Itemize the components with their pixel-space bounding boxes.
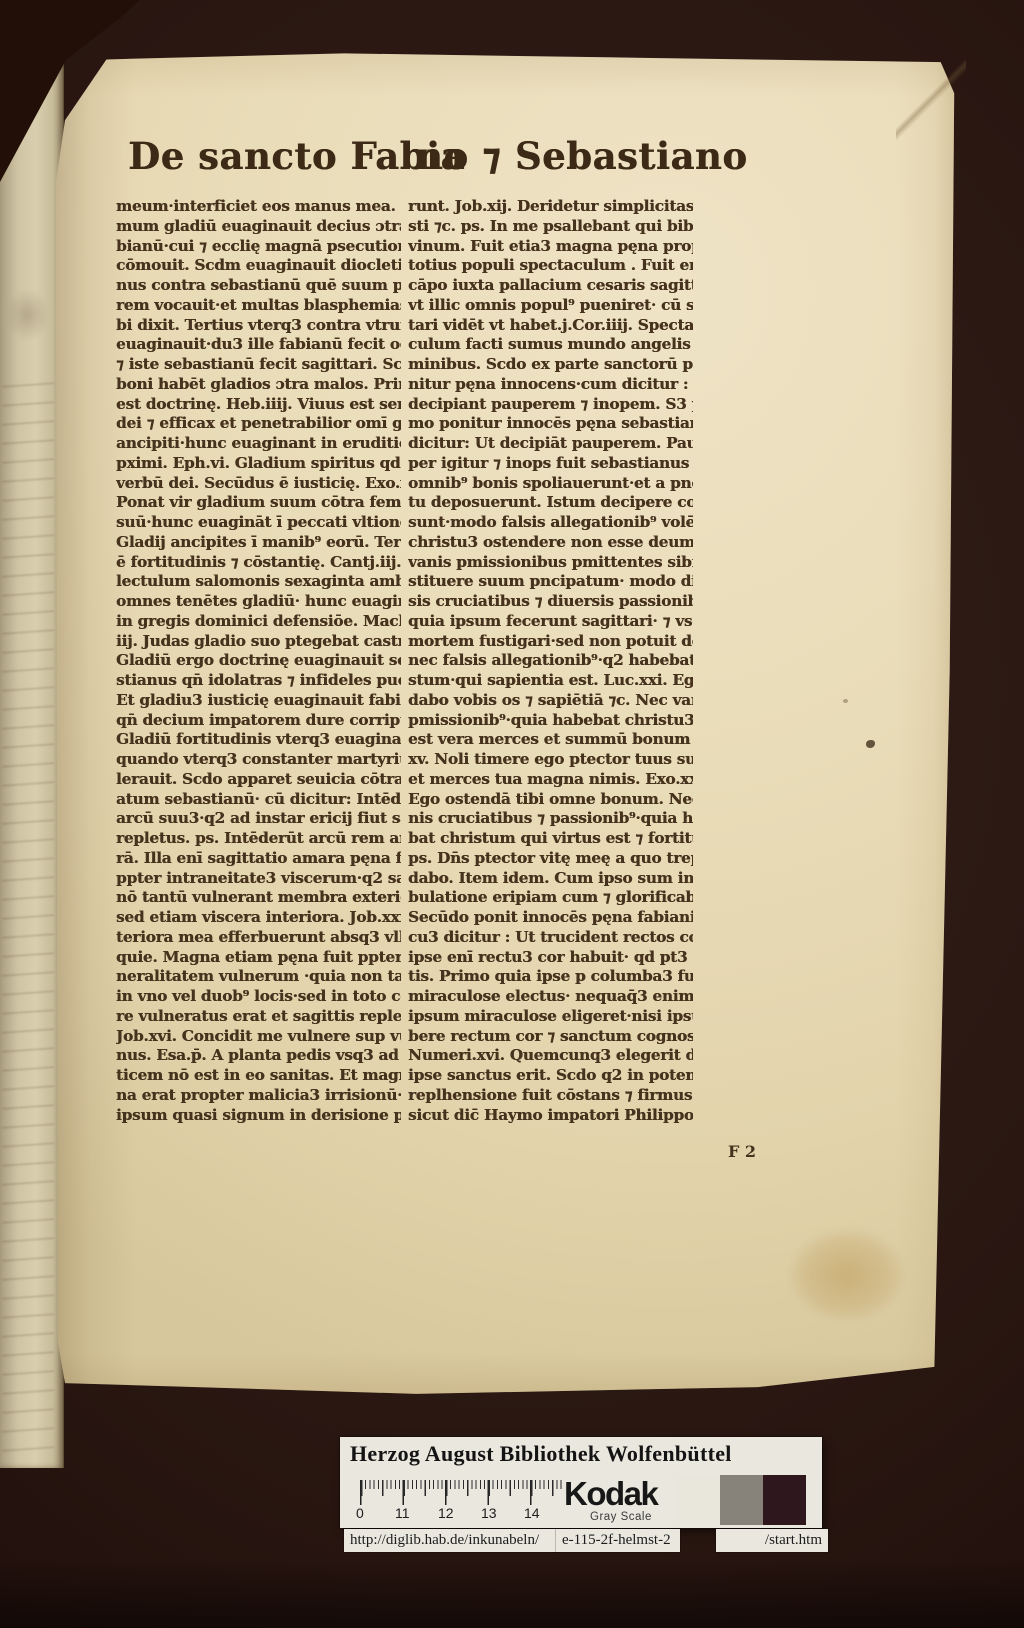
text-line: dicitur: Ut decipiāt pauperem. Pau/	[408, 434, 693, 454]
book-gutter-edge	[0, 0, 64, 1468]
text-line: Gladiū fortitudinis vterq3 euaginauit	[116, 730, 401, 750]
text-line: euaginauit·du3 ille fabianū fecit occidi…	[116, 335, 401, 355]
kodak-logo: Kodak	[564, 1475, 657, 1513]
text-line: Gladiū ergo doctrinę euaginauit seba/	[116, 651, 401, 671]
text-line: ppter intraneitate3 viscerum·q2 sagittę	[116, 869, 401, 889]
text-line: sed etiam viscera interiora. Job.xxx. In	[116, 908, 401, 928]
text-line: cāpo iuxta pallacium cesaris sagittat⁹·	[408, 276, 693, 296]
text-line: meum·interficiet eos manus mea. Pri	[116, 197, 401, 217]
text-line: quie. Magna etiam pęna fuit ppter ge/	[116, 948, 401, 968]
text-line: quia ipsum fecerunt sagittari· ⁊ vsq3 ad	[408, 612, 693, 632]
text-line: runt. Job.xij. Deridetur simplicitas iu	[408, 197, 693, 217]
text-line: tu deposuerunt. Istum decipere conati	[408, 493, 693, 513]
text-line: Et gladiu3 iusticię euaginauit fabian⁹	[116, 691, 401, 711]
text-line: Gladij ancipites ī manib⁹ eorū. Terti⁹	[116, 533, 401, 553]
ruler-ticks	[348, 1480, 563, 1505]
text-line: est vera merces et summū bonum . Gen̄.	[408, 730, 693, 750]
text-line: stum·qui sapientia est. Luc.xxi. Ego enī	[408, 671, 693, 691]
text-line: Numeri.xvi. Quemcunq3 elegerit dn̄s	[408, 1046, 693, 1066]
gray-scale-label: Gray Scale	[590, 1511, 652, 1523]
text-line: Ponat vir gladium suum cōtra femur	[116, 493, 401, 513]
text-line: rā. Illa enī sagittatio amara pęna fuit	[116, 849, 401, 869]
text-line: bere rectum cor ⁊ sanctum cognosceret.	[408, 1027, 693, 1047]
text-line: boni habēt gladios ɔtra malos. Prim⁹	[116, 375, 401, 395]
text-line: sunt·modo falsis allegationib⁹ volētes	[408, 513, 693, 533]
text-line: mum gladiū euaginauit decius ɔtra fa	[116, 217, 401, 237]
parchment-page: De sancto Fabia no ⁊ Sebastiano meum·int…	[56, 50, 956, 1402]
text-line: nec falsis allegationib⁹·q2 habebat chri	[408, 651, 693, 671]
text-line: sicut dic̄ Haymo impatori Philippo	[408, 1106, 693, 1126]
text-line: miraculose electus· nequaq̄3 enim deus	[408, 987, 693, 1007]
text-column-left: meum·interficiet eos manus mea. Primum g…	[116, 197, 401, 1125]
text-line: ancipiti·hunc euaginant in eruditione	[116, 434, 401, 454]
text-line: mo ponitur innocēs pęna sebastiani· cū	[408, 414, 693, 434]
text-line: neralitatem vulnerum ·quia non tantū	[116, 967, 401, 987]
text-line: verbū dei. Secūdus ē iusticię. Exo.xxxij…	[116, 474, 401, 494]
text-line: decipiant pauperem ⁊ inopem. S3 pri/	[408, 395, 693, 415]
text-line: ē fortitudinis ⁊ cōstantię. Cantj.iij. E…	[116, 553, 401, 573]
text-line: ticem nō est in eo sanitas. Et magna pę	[116, 1066, 401, 1086]
text-line: replhensione fuit cōstans ⁊ firmus. Na3	[408, 1086, 693, 1106]
text-line: rem vocauit·et multas blasphemias si/	[116, 296, 401, 316]
text-line: dabo. Item idem. Cum ipso sum in tri/	[408, 869, 693, 889]
text-line: minibus. Scdo ex parte sanctorū po/	[408, 355, 693, 375]
text-line: ⁊ iste sebastianū fecit sagittari. Scdo	[116, 355, 401, 375]
text-line: vanis pmissionibus pmittentes sibi re/	[408, 553, 693, 573]
calibration-target-bar: Herzog August Bibliothek Wolfenbüttel 01…	[340, 1437, 822, 1528]
text-line: omnes tenētes gladiū· hunc euaginant	[116, 592, 401, 612]
quire-signature: F 2	[676, 1142, 756, 1161]
text-line: na erat propter malicia3 irrisionū· quia	[116, 1086, 401, 1106]
text-line: quando vterq3 constanter martyriū to	[116, 750, 401, 770]
text-line: in gregis dominici defensiōe. Machab.	[116, 612, 401, 632]
text-line: bi dixit. Tertius vterq3 contra vtrunq3	[116, 316, 401, 336]
text-line: lerauit. Scdo apparet seuicia cōtra be	[116, 770, 401, 790]
text-line: cōmouit. Scdm euaginauit diocletia/	[116, 256, 401, 276]
text-line: mortem fustigari·sed non potuit decipi·	[408, 632, 693, 652]
text-line: suū·hunc euagināt ī peccati vltione. ps.	[116, 513, 401, 533]
text-line: stituere suum pncipatum· modo diuer/	[408, 572, 693, 592]
text-line: pmissionib⁹·quia habebat christu3· qui	[408, 711, 693, 731]
text-line: lectulum salomonis sexaginta ambiunt	[116, 572, 401, 592]
ruler-number: 14	[524, 1505, 540, 1521]
text-line: bianū·cui ⁊ ecclię magnā psecutionem	[116, 237, 401, 257]
start-page-label: /start.htm	[716, 1529, 828, 1552]
text-line: vt illic omnis popul⁹ pueniret· cū sagit…	[408, 296, 693, 316]
text-line: christu3 ostendere non esse deum·modo	[408, 533, 693, 553]
text-line: xv. Noli timere ego ptector tuus sum·	[408, 750, 693, 770]
text-line: dabo vobis os ⁊ sapiētiā ⁊c. Nec vanis	[408, 691, 693, 711]
text-line: repletus. ps. Intēderūt arcū rem ama/	[116, 829, 401, 849]
ruler-number: 13	[481, 1505, 497, 1521]
parchment-stain	[768, 1212, 926, 1338]
ink-speck-small	[843, 699, 848, 703]
text-line: iij. Judas gladio suo ptegebat castra.	[116, 632, 401, 652]
base-url-label: http://diglib.hab.de/inkunabeln/	[344, 1529, 558, 1552]
text-line: nus contra sebastianū quē suum pdito/	[116, 276, 401, 296]
running-header-right: no ⁊ Sebastiano	[416, 134, 747, 178]
running-header-left: De sancto Fabia	[128, 134, 465, 178]
text-line: nō tantū vulnerant membra exteriora:	[116, 888, 401, 908]
text-line: ipse enī rectu3 cor habuit· qd pt3 ex mu…	[408, 948, 693, 968]
ruler-number: 0	[356, 1505, 364, 1521]
text-line: Ego ostendā tibi omne bonum. Nec va	[408, 790, 693, 810]
text-line: bulatione eripiam cum ⁊ glorificabo eū.	[408, 888, 693, 908]
text-line: tis. Primo quia ipse p columba3 fuit	[408, 967, 693, 987]
text-line: ipsum quasi signum in derisione posue/	[116, 1106, 401, 1126]
text-line: ps. Dn̄s ptector vitę meę a quo trepi/	[408, 849, 693, 869]
text-line: sis cruciatibus ⁊ diuersis passionibus·	[408, 592, 693, 612]
gray-patch-medium	[720, 1475, 763, 1525]
text-line: atum sebastianū· cū dicitur: Intēderūt	[116, 790, 401, 810]
text-line: Job.xvi. Concidit me vulnere sup vul/	[116, 1027, 401, 1047]
text-line: teriora mea efferbuerunt absq3 vlla re/	[116, 928, 401, 948]
text-line: et merces tua magna nimis. Exo.xxxiij.	[408, 770, 693, 790]
shelfmark-label: e-115-2f-helmst-2	[556, 1529, 680, 1552]
gray-patch-light	[677, 1475, 720, 1525]
text-line: Secūdo ponit innocēs pęna fabiani	[408, 908, 693, 928]
library-name-label: Herzog August Bibliothek Wolfenbüttel	[350, 1441, 810, 1467]
text-line: dei ⁊ efficax et penetrabilior omī gladi…	[116, 414, 401, 434]
text-line: culum facti sumus mundo angelis ⁊ ho	[408, 335, 693, 355]
text-line: vinum. Fuit etia3 magna pęna propter	[408, 237, 693, 257]
text-line: totius populi spectaculum . Fuit enim ī	[408, 256, 693, 276]
text-line: nis cruciatibus ⁊ passionib⁹·quia habe/	[408, 809, 693, 829]
gray-patch-dark	[763, 1475, 806, 1525]
text-line: per igitur ⁊ inops fuit sebastianus que3	[408, 454, 693, 474]
corner-crease	[896, 56, 966, 142]
text-line: in vno vel duob⁹ locis·sed in toto corpo	[116, 987, 401, 1007]
text-line: ipse sanctus erit. Scdo q2 in potentu3	[408, 1066, 693, 1086]
text-line: cu3 dicitur : Ut trucident rectos corde·	[408, 928, 693, 948]
text-line: bat christum qui virtus est ⁊ fortitudo.	[408, 829, 693, 849]
text-line: stianus qn̄ idolatras ⁊ infideles puerti…	[116, 671, 401, 691]
text-line: nus. Esa.p̄. A planta pedis vsq3 ad ver	[116, 1046, 401, 1066]
ruler-number: 11	[395, 1505, 410, 1521]
scanned-book-page: De sancto Fabia no ⁊ Sebastiano meum·int…	[0, 0, 1024, 1628]
text-line: arcū suu3·q2 ad instar ericij fiut sagit…	[116, 809, 401, 829]
text-line: re vulneratus erat et sagittis repletus.	[116, 1007, 401, 1027]
text-line: ipsum miraculose eligeret·nisi ipsum ha	[408, 1007, 693, 1027]
text-line: qn̄ decium impatorem dure corripuit.	[116, 711, 401, 731]
bleedthrough-text-lines	[2, 368, 54, 1452]
text-line: nitur pęna innocens·cum dicitur : Ut	[408, 375, 693, 395]
ruler-numbers: 011121314	[348, 1505, 563, 1525]
ruler-number: 12	[438, 1505, 454, 1521]
text-line: sti ⁊c. ps. In me psallebant qui bibebāt	[408, 217, 693, 237]
text-column-right: runt. Job.xij. Deridetur simplicitas ius…	[408, 197, 693, 1125]
gray-scale-patches	[677, 1475, 806, 1525]
text-line: omnib⁹ bonis spoliauerunt·et a pncipa/	[408, 474, 693, 494]
text-line: pximi. Eph.vi. Gladium spiritus qd ē	[116, 454, 401, 474]
text-line: tari vidēt vt habet.j.Cor.iiij. Specta/	[408, 316, 693, 336]
bleedthrough-header-smudge	[4, 280, 52, 350]
bottom-vignette	[0, 1558, 1024, 1628]
text-line: est doctrinę. Heb.iiij. Viuus est sermo	[116, 395, 401, 415]
